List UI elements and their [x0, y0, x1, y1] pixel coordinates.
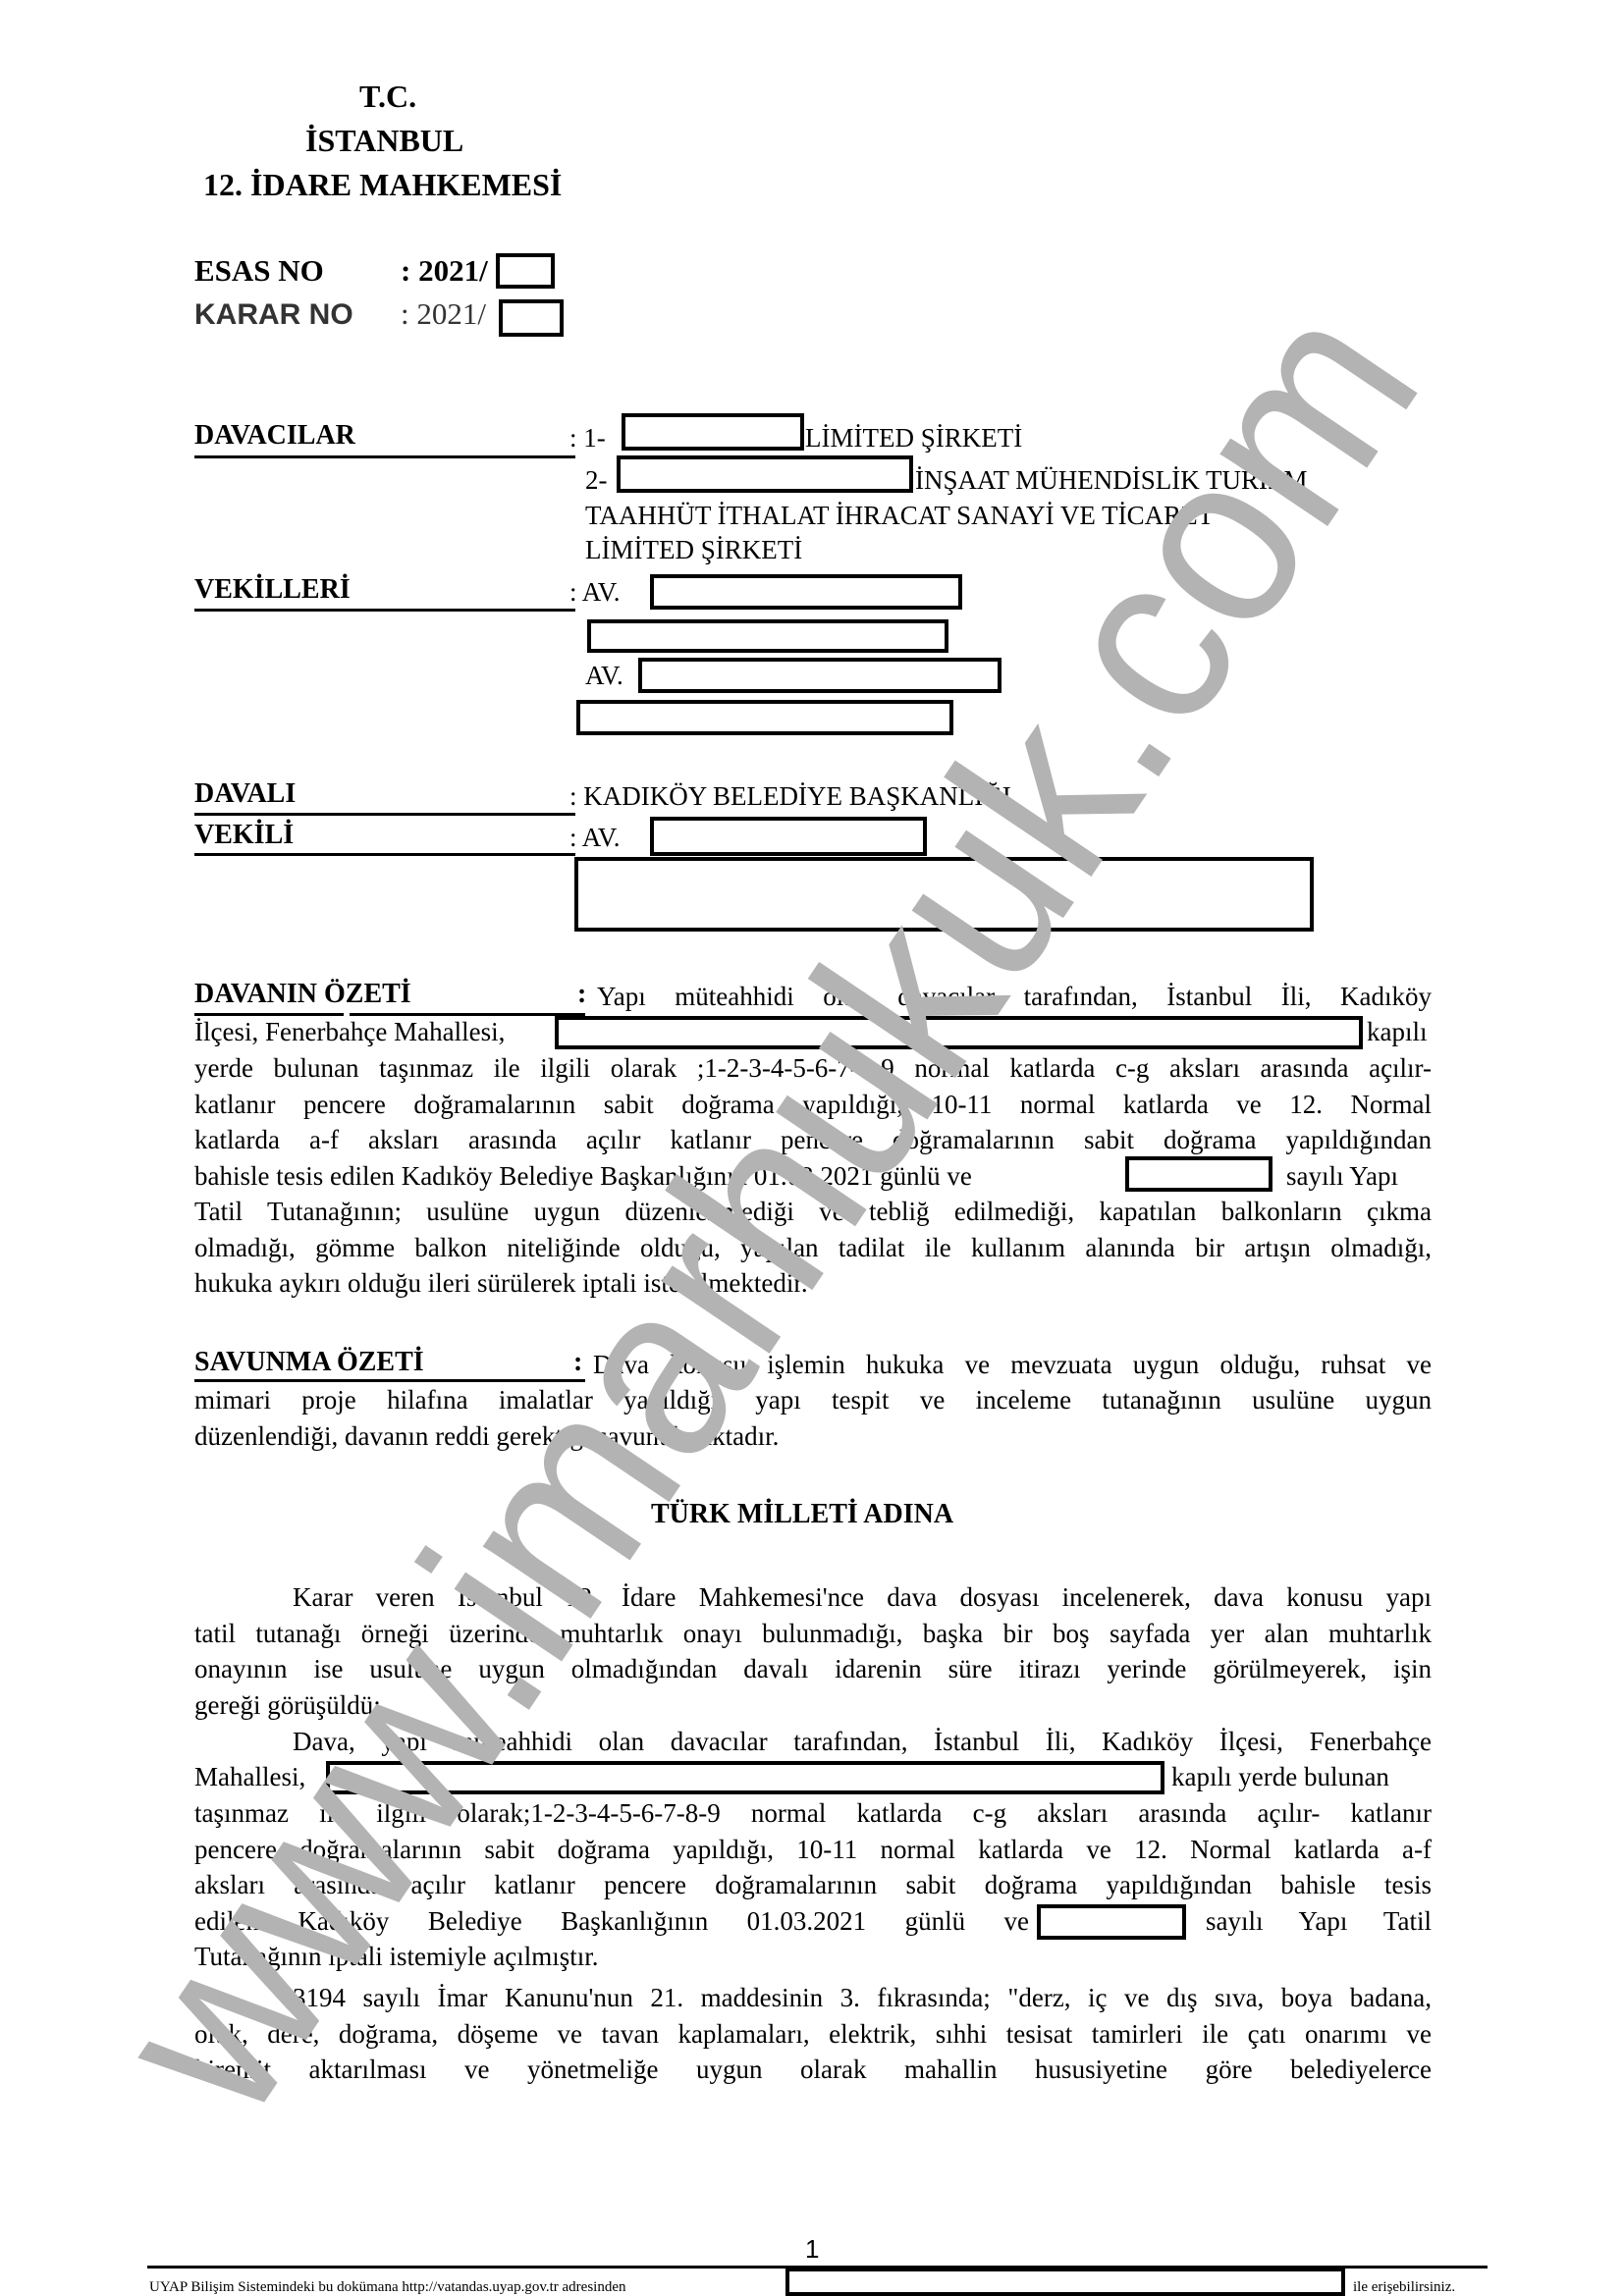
text-line: pencere doğramalarının sabit doğrama yap…: [194, 1832, 1432, 1868]
footer-left-text: UYAP Bilişim Sistemindeki bu dokümana ht…: [149, 2279, 626, 2296]
text-line: bahisle tesis edilen Kadıköy Belediye Ba…: [194, 1158, 1117, 1195]
savunma-ozeti-line-1: Dava konusu işlemin hukuka ve mevzuata u…: [593, 1347, 1432, 1382]
davali-value: : KADIKÖY BELEDİYE BAŞKANLIĞI: [569, 778, 1011, 814]
decision-title: TÜRK MİLLETİ ADINA: [651, 1499, 953, 1530]
davali-underline: [194, 813, 575, 816]
vekilleri-2-prefix: AV.: [585, 658, 623, 693]
text-line: katlarda a-f aksları arasında açılır kat…: [194, 1122, 1432, 1158]
text-line: gereği görüşüldü:: [194, 1687, 1432, 1724]
vekilleri-label: VEKİLLERİ: [194, 574, 351, 606]
redacted-attorney-1-detail: [587, 619, 948, 653]
davanin-ozeti-line-2b: kapılı: [1367, 1014, 1428, 1049]
text-line: hukuka aykırı olduğu ileri sürülerek ipt…: [194, 1265, 1432, 1302]
text-line: olmadığı, gömme balkon niteliğinde olduğ…: [194, 1230, 1432, 1266]
text-line: Karar veren İstanbul 12. İdare Mahkemesi…: [194, 1579, 1432, 1616]
davanin-ozeti-line-1: Yapı müteahhidi olan davacılar tarafında…: [597, 979, 1432, 1014]
page-number: 1: [805, 2234, 819, 2265]
vekili-underline: [194, 853, 575, 856]
redacted-defendant-attorney-address: [574, 857, 1314, 932]
davanin-ozeti-colon: :: [577, 979, 586, 1010]
text-line: edilen Kadıköy Belediye Başkanlığının 01…: [194, 1903, 1029, 1940]
davali-label: DAVALI: [194, 778, 296, 810]
karar-no-label: KARAR NO: [194, 298, 353, 332]
text-line: oluk, dere, doğrama, döşeme ve tavan kap…: [194, 2016, 1432, 2053]
body-p2-mahallesi: Mahallesi,: [194, 1759, 305, 1794]
esas-no-value: : 2021/: [401, 253, 488, 289]
redacted-record-number-1: [1125, 1156, 1272, 1192]
body-p2-sayili: sayılı Yapı Tatil: [1206, 1903, 1432, 1939]
davanin-ozeti-label: DAVANIN ÖZETİ: [194, 979, 411, 1010]
davacilar-2-line3: LİMİTED ŞİRKETİ: [585, 532, 802, 567]
body-paragraph-2: Dava, yapı müteahhidi olan davacılar tar…: [194, 1724, 1432, 1760]
redacted-address-1: [555, 1016, 1363, 1049]
redacted-plaintiff-2-name: [617, 455, 913, 493]
text-line: düzenlendiği, davanın reddi gerektiği sa…: [194, 1418, 1432, 1455]
davacilar-2-line2: TAAHHÜT İTHALAT İHRACAT SANAYİ VE TİCARE…: [585, 498, 1214, 533]
vekilleri-1-prefix: : AV.: [569, 574, 621, 610]
text-line: 3194 sayılı İmar Kanunu'nun 21. maddesin…: [194, 1980, 1432, 2016]
body-paragraph-3: 3194 sayılı İmar Kanunu'nun 21. maddesin…: [194, 1980, 1432, 2088]
redacted-verification-code: [785, 2268, 1345, 2296]
body-p2-kapili: kapılı yerde bulunan: [1171, 1759, 1389, 1794]
redacted-record-number-2: [1037, 1904, 1186, 1940]
redacted-plaintiff-1-name: [622, 413, 804, 451]
text-line: yerde bulunan taşınmaz ile ilgili olarak…: [194, 1050, 1432, 1087]
header-court: 12. İDARE MAHKEMESİ: [203, 165, 562, 204]
redacted-attorney-1-name: [650, 574, 962, 610]
header-city: İSTANBUL: [305, 121, 463, 160]
esas-no-text: : 2021/: [401, 253, 488, 288]
savunma-ozeti-colon: :: [573, 1347, 582, 1378]
text-line: taşınmaz ile ilgili olarak;1-2-3-4-5-6-7…: [194, 1795, 1432, 1832]
redacted-address-2: [326, 1761, 1164, 1794]
redacted-defendant-attorney-name: [650, 817, 927, 856]
esas-no-label: ESAS NO: [194, 253, 324, 289]
text-line: Dava konusu işlemin hukuka ve mevzuata u…: [593, 1347, 1432, 1382]
text-line: mimari proje hilafına imalatlar yapıldığ…: [194, 1382, 1432, 1418]
text-line: Tatil Tutanağının; usulüne uygun düzenle…: [194, 1194, 1432, 1230]
redacted-karar-number: [499, 299, 564, 337]
davacilar-1-suffix: LİMİTED ŞİRKETİ: [805, 420, 1022, 455]
header-tc: T.C.: [359, 77, 416, 116]
davacilar-label: DAVACILAR: [194, 420, 355, 452]
savunma-ozeti-body: mimari proje hilafına imalatlar yapıldığ…: [194, 1382, 1432, 1454]
davanin-ozeti-line-2a: İlçesi, Fenerbahçe Mahallesi,: [194, 1014, 505, 1049]
text-line: Yapı müteahhidi olan davacılar tarafında…: [597, 979, 1432, 1014]
text-line: onayının ise usulüne uygun olmadığından …: [194, 1651, 1432, 1687]
vekilleri-underline: [194, 609, 575, 612]
text-line: Tutanağının iptali istemiyle açılmıştır.: [194, 1939, 1432, 1975]
savunma-ozeti-label: SAVUNMA ÖZETİ: [194, 1347, 424, 1378]
redacted-attorney-2-name: [638, 658, 1001, 693]
redacted-attorney-2-detail: [576, 700, 953, 735]
text-line: aksları arasında açılır katlanır pencere…: [194, 1867, 1432, 1903]
text-line: tatil tutanağı örneği üzerinde muhtarlık…: [194, 1616, 1432, 1652]
body-paragraph-2-cont: taşınmaz ile ilgili olarak;1-2-3-4-5-6-7…: [194, 1795, 1432, 1975]
body-paragraph-1: Karar veren İstanbul 12. İdare Mahkemesi…: [194, 1579, 1432, 1723]
davacilar-1-prefix: : 1-: [569, 420, 606, 455]
text-line: sayılı Yapı Tatil: [1206, 1903, 1432, 1939]
karar-no-value: : 2021/: [401, 296, 486, 332]
text-line: kiremit aktarılması ve yönetmeliğe uygun…: [194, 2052, 1432, 2088]
footer-right-text: ile erişebilirsiniz.: [1353, 2279, 1455, 2296]
davacilar-underline: [194, 455, 575, 458]
text-line: katlanır pencere doğramalarının sabit do…: [194, 1087, 1432, 1123]
vekili-label: VEKİLİ: [194, 820, 294, 851]
davanin-ozeti-sayili: sayılı Yapı: [1286, 1158, 1398, 1194]
davacilar-2-suffix: İNŞAAT MÜHENDİSLİK TURİZM: [915, 462, 1308, 498]
redacted-esas-number: [496, 253, 555, 289]
vekili-prefix: : AV.: [569, 820, 621, 855]
davacilar-2-prefix: 2-: [585, 462, 608, 498]
text-line: Dava, yapı müteahhidi olan davacılar tar…: [194, 1724, 1432, 1760]
